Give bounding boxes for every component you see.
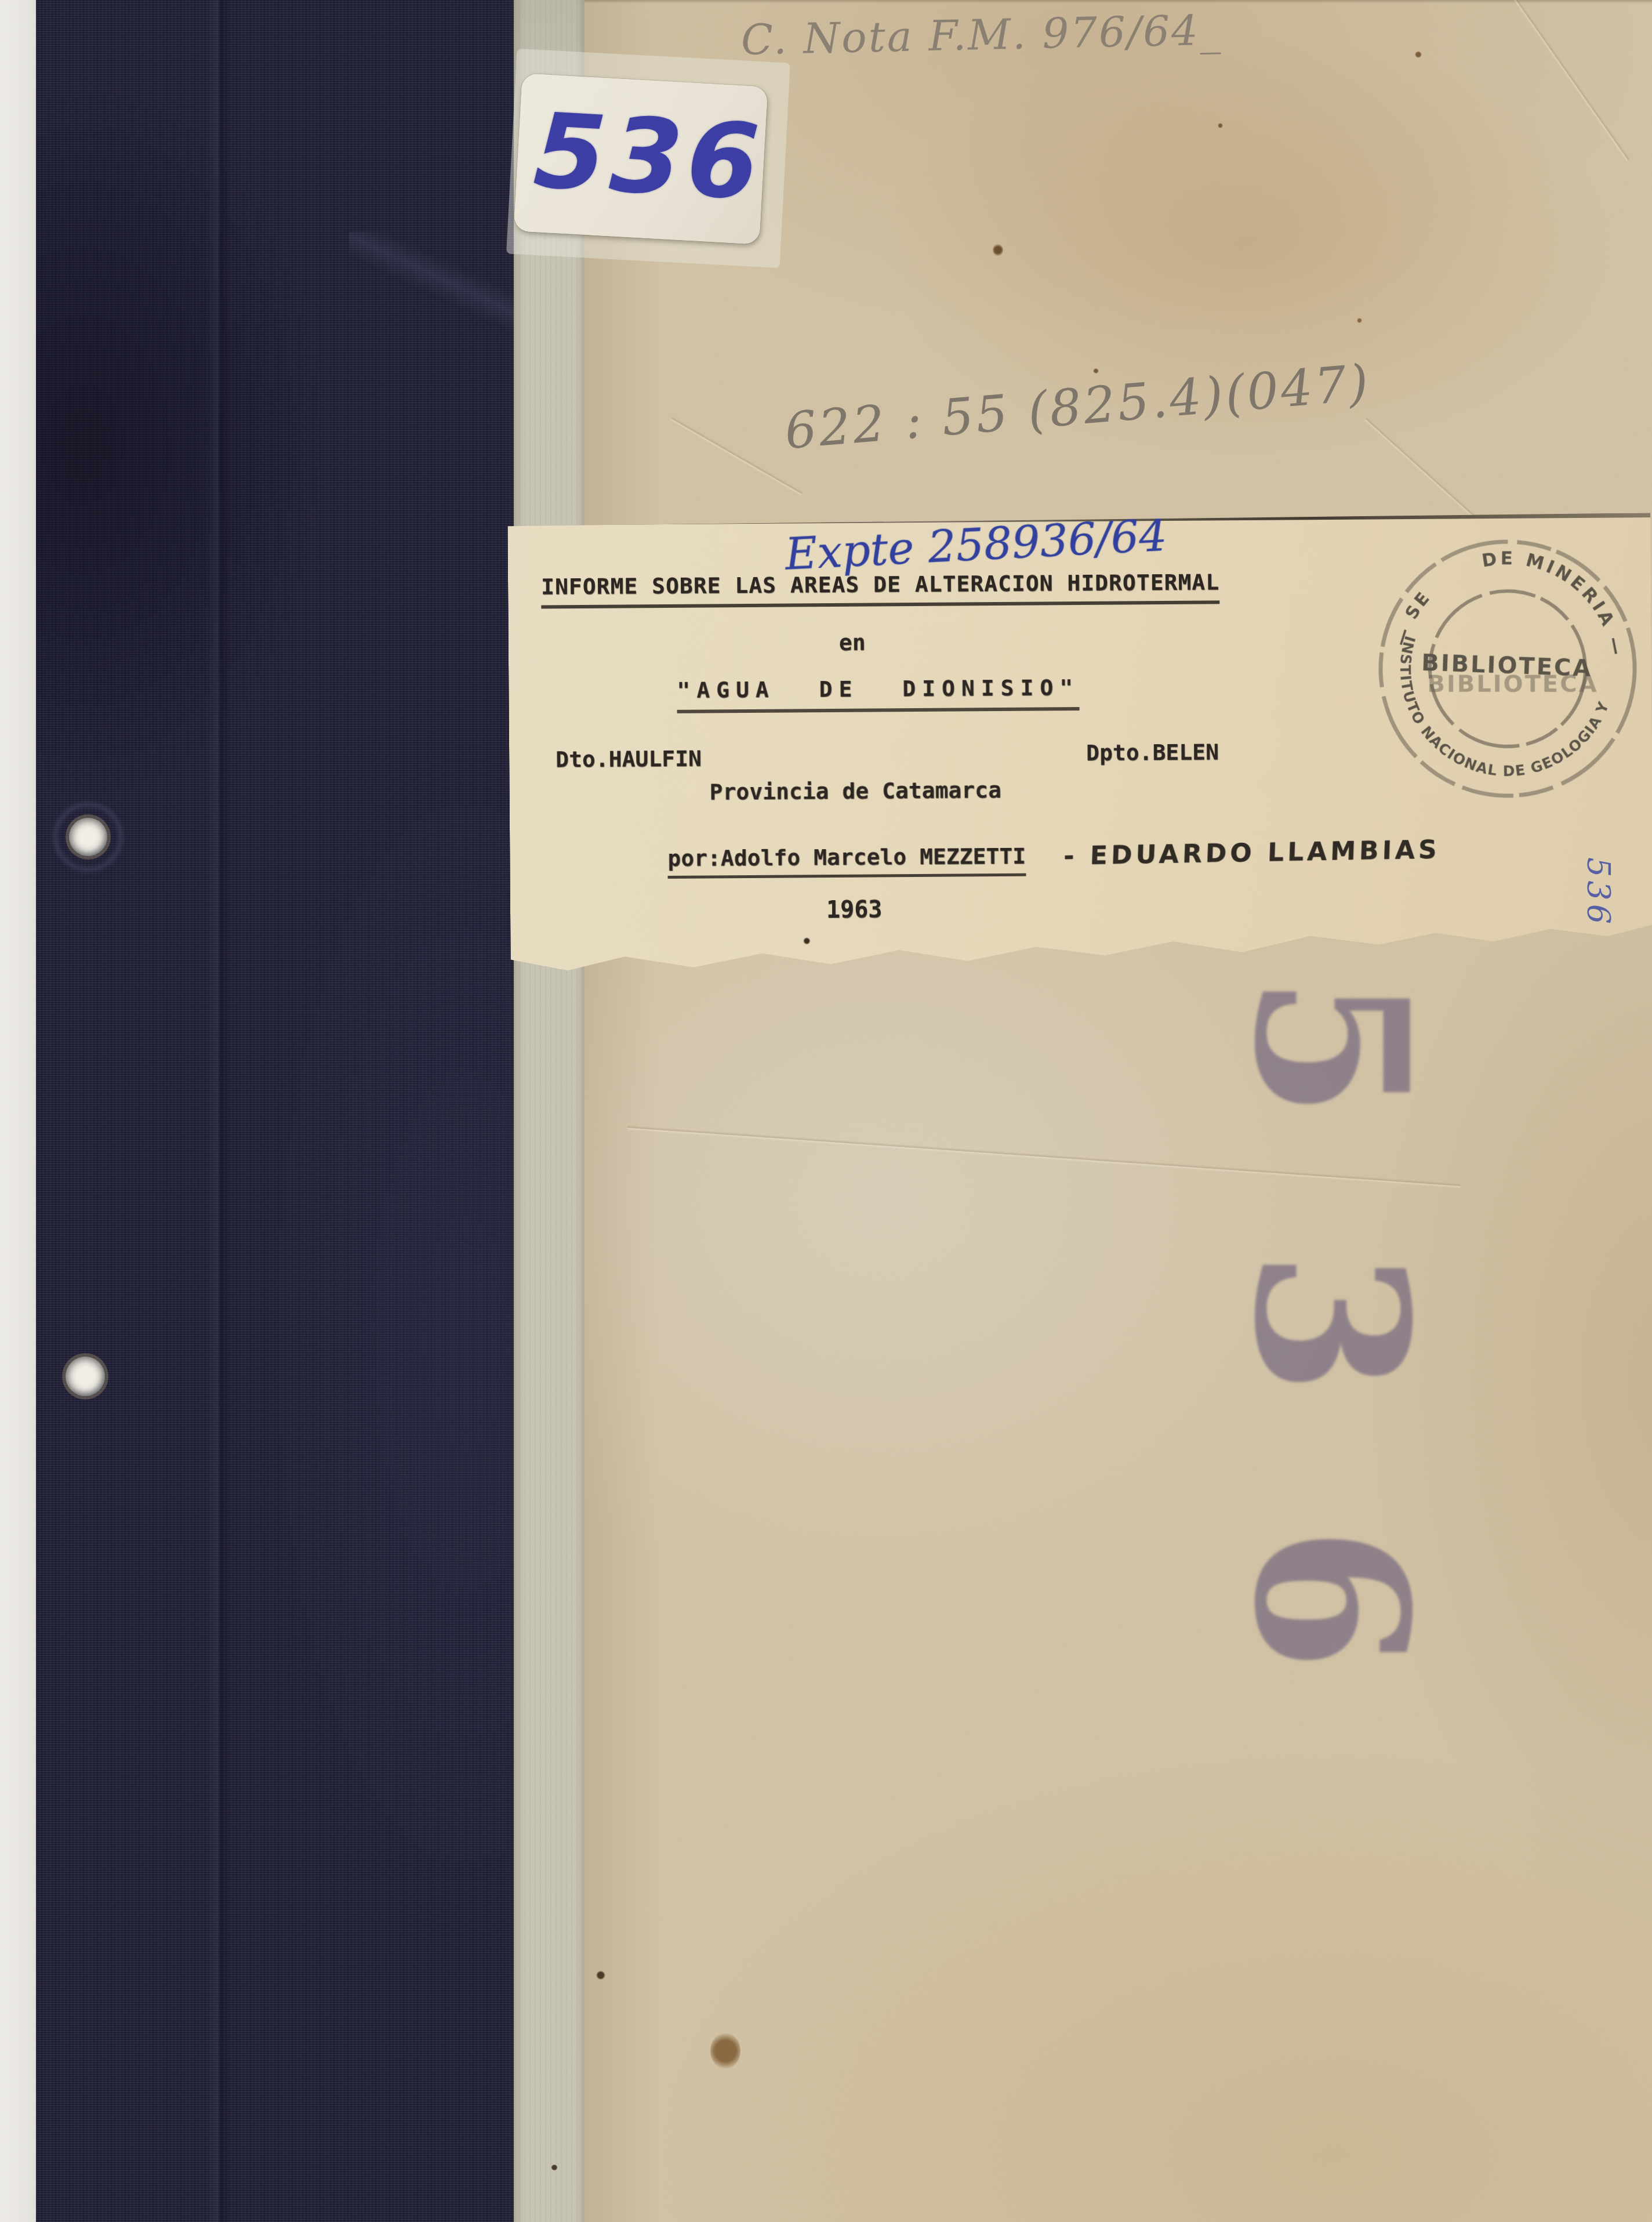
sticker-number: 536 — [531, 84, 767, 230]
spine-strip — [514, 0, 584, 2222]
side-stamp-number: 536 — [1226, 974, 1435, 1801]
authors-typed: por:Adolfo Marcelo MEZZETTI — [667, 843, 1026, 879]
year: 1963 — [826, 896, 883, 923]
svg-text:DE MINERIA —: DE MINERIA — — [1464, 540, 1645, 664]
punch-hole-top — [69, 818, 107, 856]
stamp-center-ghost: BIBLIOTECA — [1427, 671, 1598, 698]
edge-handwritten-number: 536 — [1580, 857, 1617, 927]
cover-paper — [584, 0, 1652, 2222]
province-line: Provincia de Catamarca — [709, 777, 1001, 805]
top-pencil-note: C. Nota F.M. 976/64_ — [740, 5, 1222, 64]
stain — [1415, 51, 1422, 58]
stain — [1357, 318, 1362, 323]
report-subtitle: "AGUA DE DIONISIO" — [677, 675, 1079, 713]
stamp-top-arc: DE MINERIA — — [1464, 540, 1645, 664]
stain — [993, 244, 1003, 256]
number-sticker: 536 — [514, 73, 768, 244]
stain — [1093, 368, 1099, 374]
department-left: Dto.HAULFIN — [555, 746, 702, 773]
scanned-report-cover: C. Nota F.M. 976/64_ 622 : 55 (825.4)(04… — [0, 0, 1652, 2222]
library-stamp: — SE DE MINERIA — INSTITUTO NACIONAL DE … — [1346, 507, 1652, 830]
stain — [803, 937, 810, 944]
stain — [596, 1971, 605, 1980]
authors-handwritten: - EDUARDO LLAMBIAS — [1063, 835, 1440, 871]
cover-cloth-binding — [36, 0, 516, 2222]
stain — [710, 2033, 740, 2069]
cloth-seam — [207, 0, 230, 2222]
punch-hole-bottom — [66, 1357, 105, 1396]
title-connector: en — [839, 630, 866, 655]
stain — [1218, 123, 1223, 128]
stain — [551, 2165, 558, 2170]
department-right: Dpto.BELEN — [1086, 739, 1219, 766]
